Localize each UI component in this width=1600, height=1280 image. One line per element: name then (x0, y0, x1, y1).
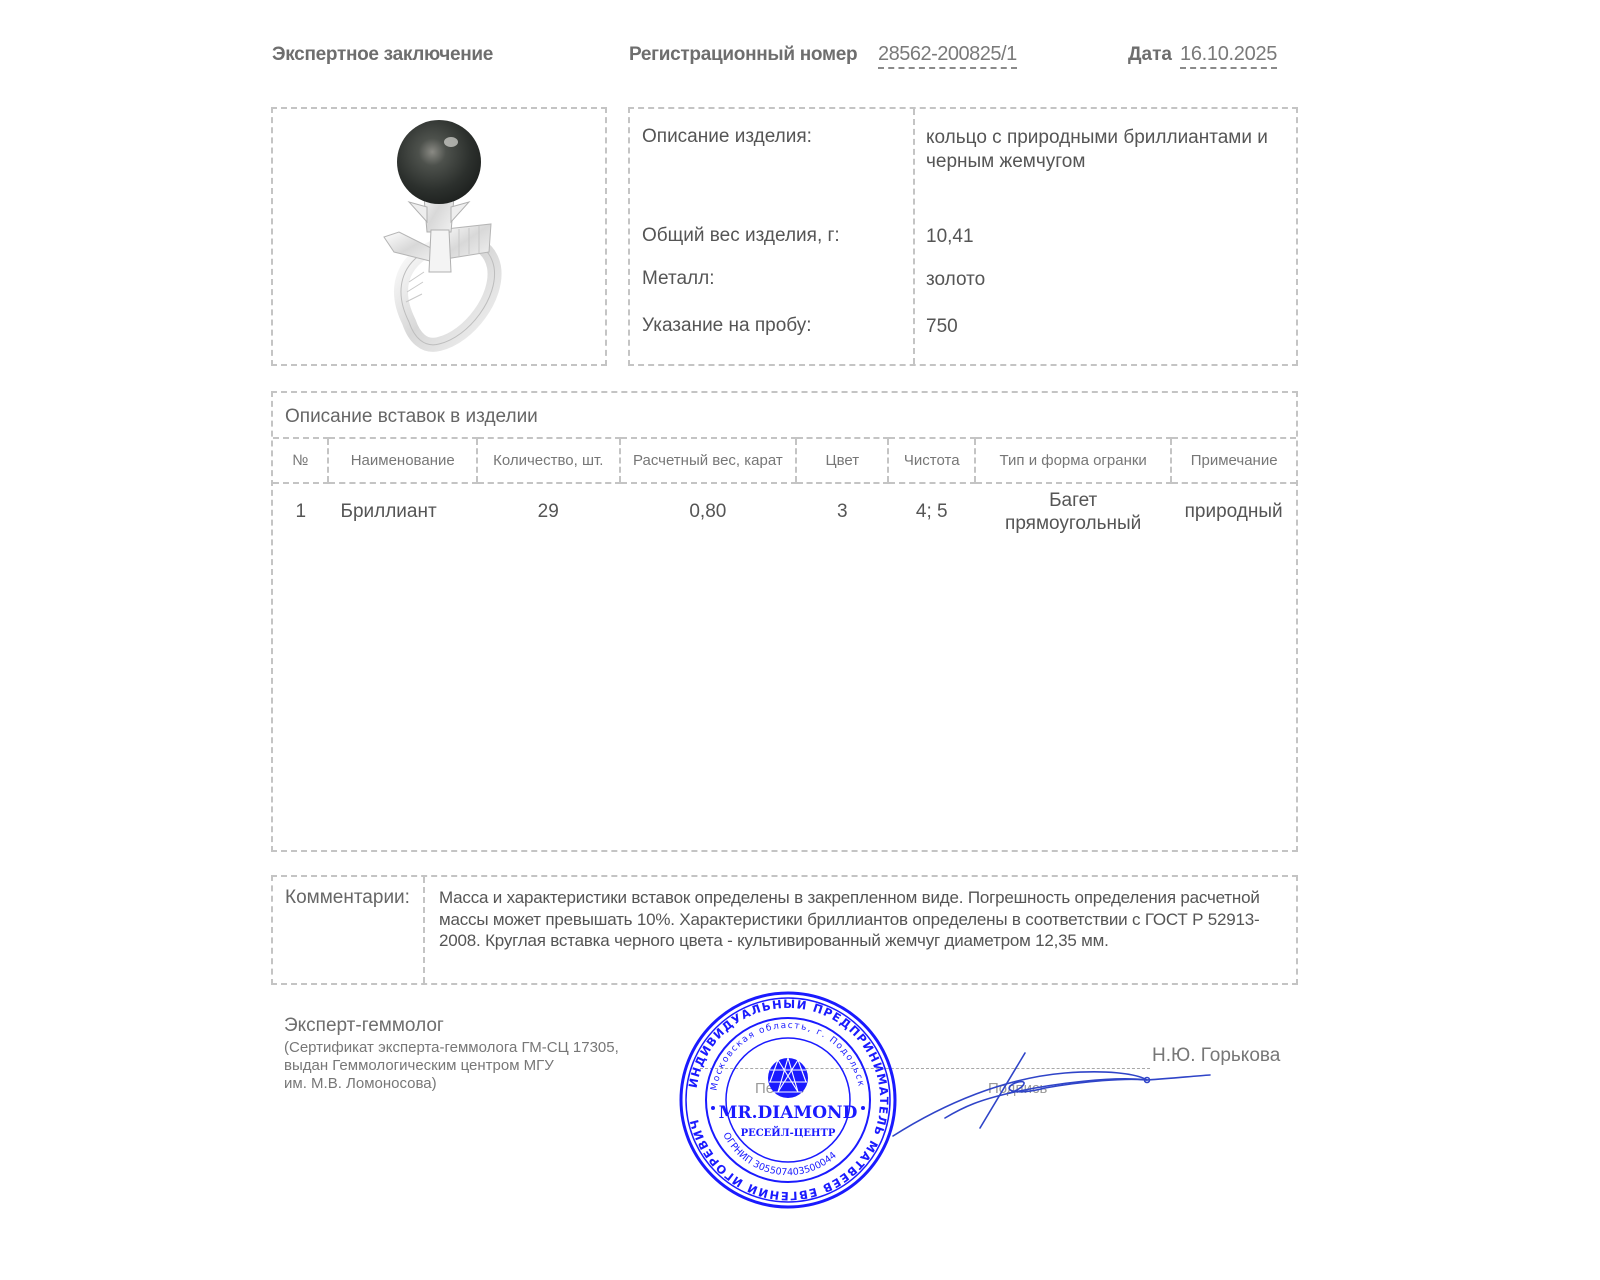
expert-certificate: (Сертификат эксперта-геммолога ГМ-СЦ 173… (284, 1039, 619, 1093)
inserts-box: Описание вставок в изделии № Наименовани… (271, 391, 1298, 852)
total-weight-value: 10,41 (926, 225, 1296, 249)
metal-value: золото (926, 268, 1296, 292)
cell-name: Бриллиант (328, 483, 476, 539)
col-number: № (273, 438, 328, 483)
handwritten-signature (885, 1048, 1215, 1143)
col-note: Примечание (1171, 438, 1296, 483)
column-divider (423, 877, 425, 983)
col-cut: Тип и форма огранки (975, 438, 1171, 483)
stamp-brand: MR.DIAMOND (719, 1103, 858, 1123)
description-label: Описание изделия: (642, 126, 812, 148)
cell-color: 3 (796, 483, 888, 539)
document-title: Экспертное заключение (272, 44, 493, 66)
expert-block: Эксперт-геммолог (Сертификат эксперта-ге… (284, 1015, 619, 1093)
cert-line: (Сертификат эксперта-геммолога ГМ-СЦ 173… (284, 1039, 619, 1057)
col-color: Цвет (796, 438, 888, 483)
date-label: Дата (1128, 44, 1172, 66)
column-divider (913, 109, 915, 364)
total-weight-label: Общий вес изделия, г: (642, 225, 840, 247)
cell-note: природный (1171, 483, 1296, 539)
table-header-row: № Наименование Количество, шт. Расчетный… (273, 438, 1296, 483)
comments-text: Масса и характеристики вставок определен… (439, 887, 1297, 952)
cell-number: 1 (273, 483, 328, 539)
cert-line: выдан Геммологическим центром МГУ (284, 1057, 619, 1075)
metal-label: Металл: (642, 268, 714, 290)
inserts-table: № Наименование Количество, шт. Расчетный… (273, 437, 1296, 539)
cert-line: им. М.В. Ломоносова) (284, 1075, 619, 1093)
hallmark-label: Указание на пробу: (642, 315, 812, 337)
product-photo-box (271, 107, 607, 366)
product-description-box: Описание изделия: кольцо с природными бр… (628, 107, 1298, 366)
cell-quantity: 29 (477, 483, 620, 539)
col-name: Наименование (328, 438, 476, 483)
comments-label: Комментарии: (285, 887, 410, 909)
hallmark-value: 750 (926, 315, 1296, 339)
cell-weight: 0,80 (620, 483, 797, 539)
date-value: 16.10.2025 (1180, 43, 1277, 69)
table-row: 1 Бриллиант 29 0,80 3 4; 5 Багет прямоуг… (273, 483, 1296, 539)
cell-cut: Багет прямоугольный (975, 483, 1171, 539)
stamp-subtitle: РЕСЕЙЛ-ЦЕНТР (741, 1126, 836, 1139)
comments-box: Комментарии: Масса и характеристики вста… (271, 875, 1298, 985)
registration-label: Регистрационный номер (629, 44, 857, 66)
col-quantity: Количество, шт. (477, 438, 620, 483)
diamond-logo-icon (768, 1058, 808, 1098)
ring-image (339, 112, 539, 362)
description-value: кольцо с природными бриллиантами и черны… (926, 126, 1296, 174)
company-stamp: ИНДИВИДУАЛЬНЫЙ ПРЕДПРИНИМАТЕЛЬ МАТВЕЕВ Е… (678, 990, 898, 1210)
cell-clarity: 4; 5 (888, 483, 975, 539)
expert-role: Эксперт-геммолог (284, 1015, 619, 1037)
inserts-title: Описание вставок в изделии (285, 406, 538, 428)
document-header: Экспертное заключение Регистрационный но… (272, 40, 1302, 80)
col-weight: Расчетный вес, карат (620, 438, 797, 483)
registration-number: 28562-200825/1 (878, 43, 1017, 69)
col-clarity: Чистота (888, 438, 975, 483)
